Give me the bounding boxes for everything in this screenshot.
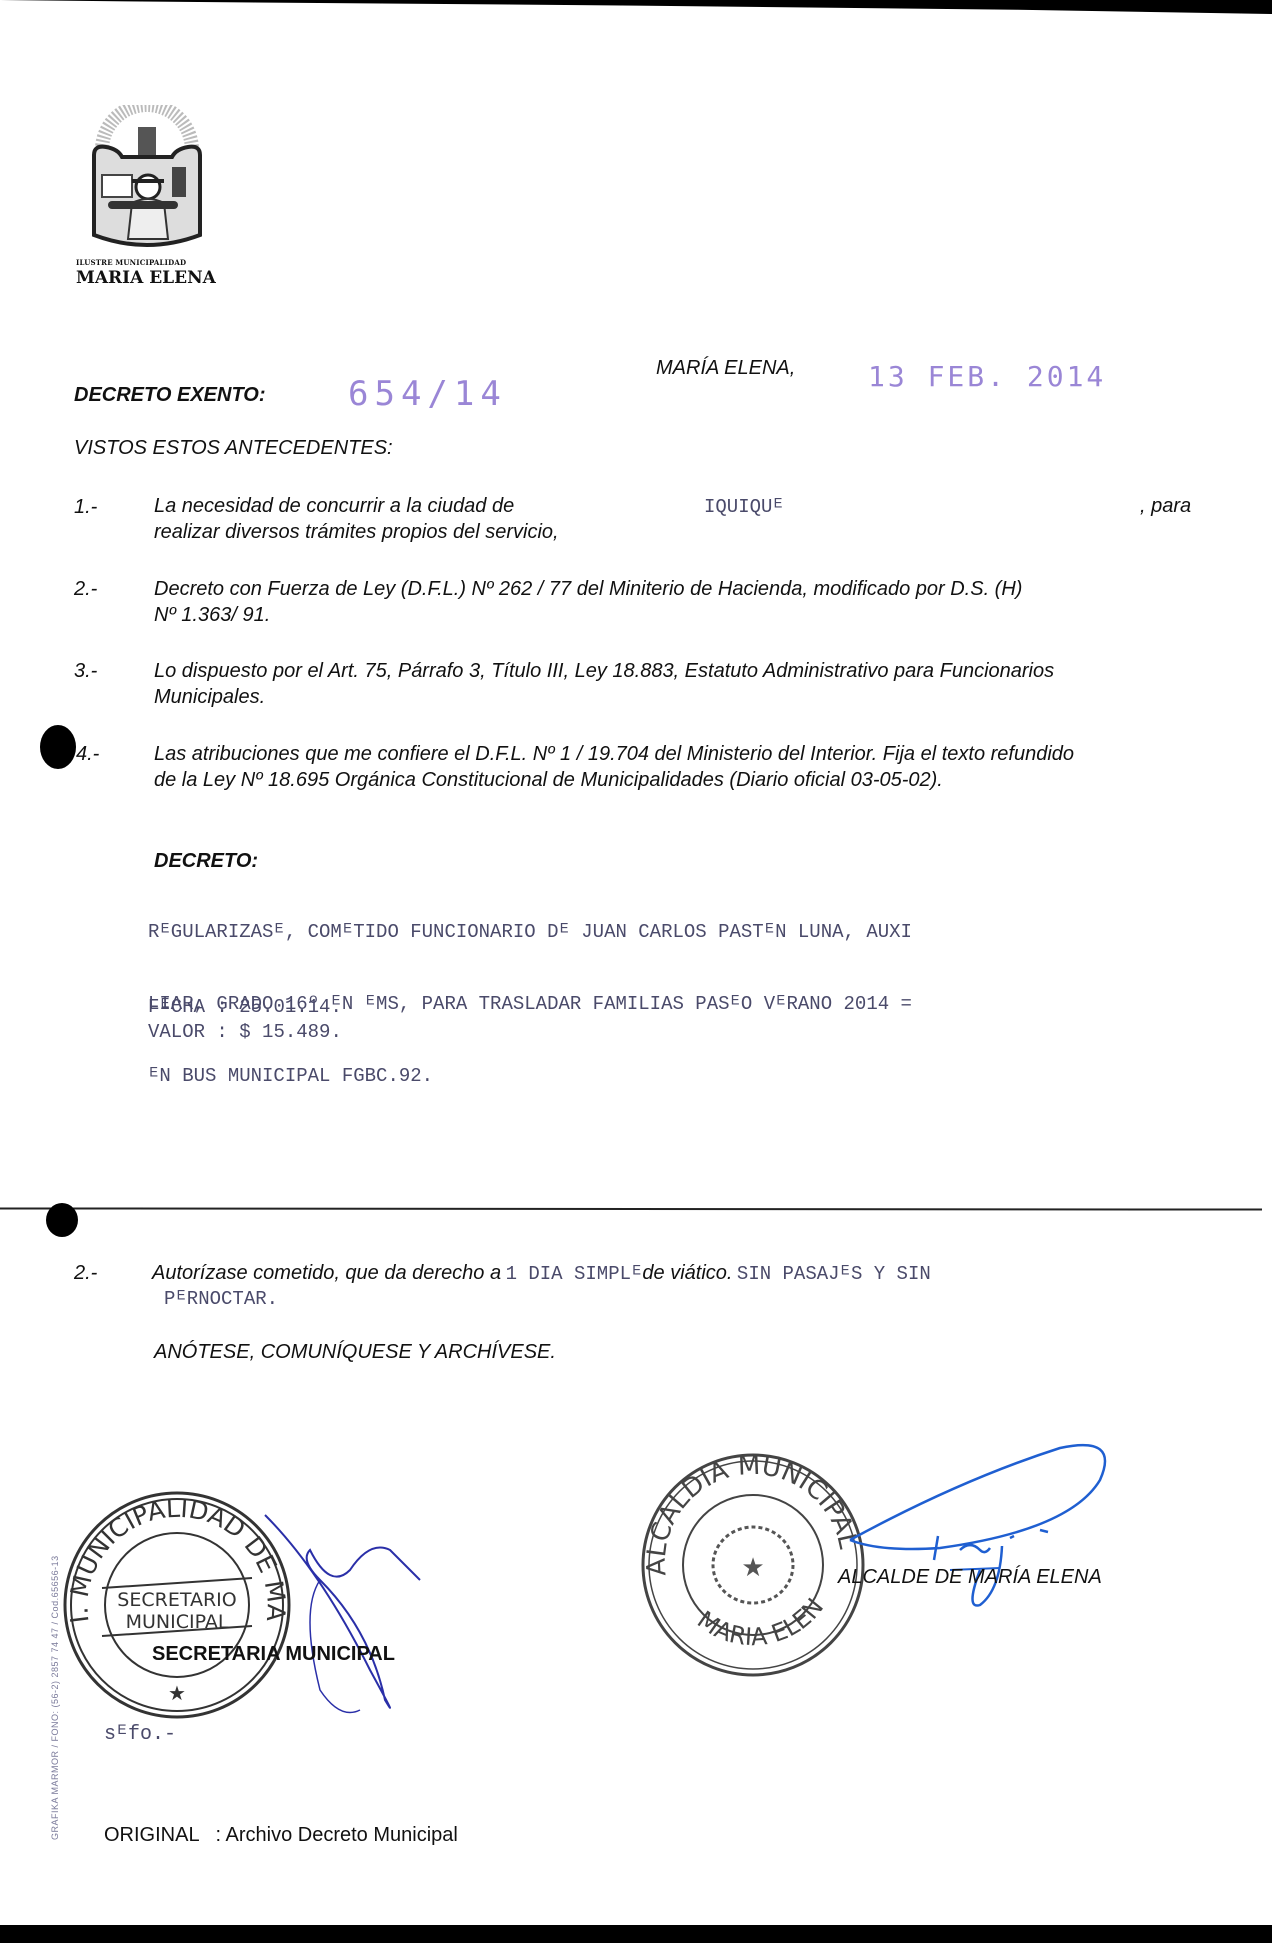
item-number: 3.- [74, 660, 97, 683]
decreto-details: FᴱCHA : 25.01.14. VALOR : $ 15.489. [148, 995, 342, 1045]
item-4-line1: Las atribuciones que me confiere el D.F.… [154, 741, 1074, 767]
item-2-line2: Nº 1.363/ 91. [154, 602, 270, 628]
initials: sᴱfo.- [104, 1723, 176, 1746]
svg-text:★: ★ [741, 1552, 764, 1582]
scan-top-edge [0, 0, 1272, 14]
item-number: 2.- [74, 578, 97, 601]
section-divider [0, 1207, 1262, 1210]
destination-city: IQUIQUᴱ [704, 496, 784, 518]
decreto-heading: DECRETO: [154, 850, 258, 873]
logo-title: MARIA ELENA [76, 268, 216, 288]
printer-note: GRAFIKA MARMOR / FONO: (56-2) 2857 74 47… [50, 1555, 60, 1840]
decreto-line: ᴱN BUS MUNICIPAL FGBC.92. [148, 1064, 912, 1088]
secretary-signature [260, 1510, 430, 1730]
viatico-days: 1 DIA SIMPLᴱ [506, 1263, 643, 1285]
item-number: 2.- [74, 1262, 97, 1285]
fecha-value: 25.01.14. [239, 996, 342, 1018]
item-3-line1: Lo dispuesto por el Art. 75, Párrafo 3, … [154, 658, 1054, 684]
secretary-title: SECRETARIA MUNICIPAL [152, 1643, 395, 1666]
vistos-heading: VISTOS ESTOS ANTECEDENTES: [74, 437, 393, 460]
fecha-label: FᴱCHA : [148, 996, 228, 1018]
distribution-note: ORIGINAL : Archivo Decreto Municipal [104, 1824, 458, 1847]
decreto-body: RᴱGULARIZASᴱ, COMᴱTIDO FUNCIONARIO Dᴱ JU… [148, 872, 912, 1112]
place-label: MARÍA ELENA, [656, 357, 795, 380]
closing-formula: ANÓTESE, COMUNÍQUESE Y ARCHÍVESE. [154, 1341, 556, 1364]
mayor-seal: ALCALDIA MUNICIPAL MARIA ELENA ★ [638, 1450, 868, 1680]
item-3-line2: Municipales. [154, 684, 265, 710]
valor-value: $ 15.489. [239, 1021, 342, 1043]
decree-number-stamp: 654/14 [348, 374, 507, 414]
svg-text:★: ★ [168, 1683, 186, 1705]
item-1-suffix: , para [1140, 493, 1191, 519]
item-1-line2: realizar diversos trámites propios del s… [154, 519, 559, 545]
decree-label: DECRETO EXENTO: [74, 384, 266, 407]
valor-label: VALOR : [148, 1021, 228, 1043]
municipal-coat-of-arms-icon [72, 105, 222, 255]
item-number: 4.- [76, 743, 99, 766]
svg-text:SECRETARIO: SECRETARIO [117, 1589, 236, 1611]
punch-hole-mark [46, 1203, 78, 1237]
item-4-line2: de la Ley Nº 18.695 Orgánica Constitucio… [154, 767, 943, 793]
svg-text:MUNICIPAL: MUNICIPAL [126, 1611, 229, 1633]
scan-bottom-edge [0, 1925, 1272, 1943]
mayor-seal-icon: ALCALDIA MUNICIPAL MARIA ELENA ★ [638, 1450, 868, 1680]
item-number: 1.- [74, 496, 97, 519]
item-1-text: La necesidad de concurrir a la ciudad de [154, 493, 514, 519]
punch-hole-mark [40, 725, 76, 769]
mayor-title: ALCALDE DE MARÍA ELENA [838, 1566, 1102, 1589]
municipal-logo: ILUSTRE MUNICIPALIDAD MARIA ELENA [72, 105, 222, 285]
decreto-line: RᴱGULARIZASᴱ, COMᴱTIDO FUNCIONARIO Dᴱ JU… [148, 920, 912, 944]
authorization-line: Autorízase cometido, que da derecho a 1 … [152, 1260, 931, 1286]
date-stamp: 13 FEB. 2014 [868, 360, 1106, 393]
logo-subtitle: ILUSTRE MUNICIPALIDAD [76, 258, 186, 267]
item-2-line1: Decreto con Fuerza de Ley (D.F.L.) Nº 26… [154, 576, 1022, 602]
